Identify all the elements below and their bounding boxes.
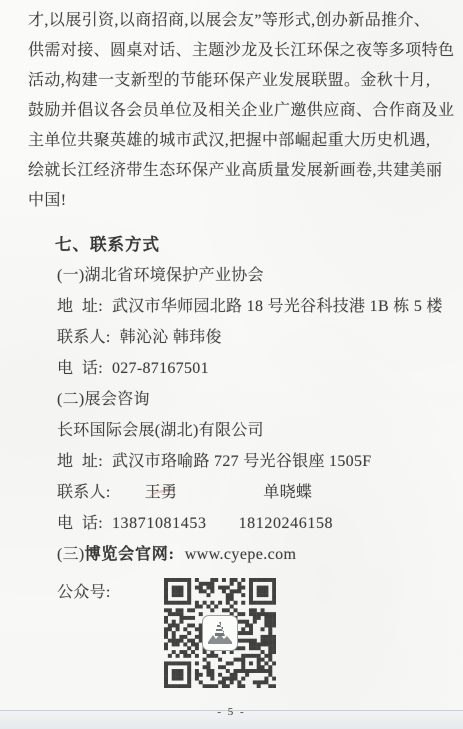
website-url: www.cyepe.com [185,546,297,563]
wechat-account-row: 公众号: [0,577,463,688]
intro-line-4: 鼓励并倡议各会员单位及相关企业广邀供应商、合作商及业 [0,96,463,126]
website-row: (三)博览会官网:www.cyepe.com [0,539,463,570]
wechat-qr-code [164,578,276,688]
phone-label: 电 话: [57,360,103,377]
page-number: - 5 - [0,706,463,718]
org2-phone2: 18120246158 [239,515,334,532]
section-heading-contact-info: 七、联系方式 [0,229,463,260]
org2-address-value: 武汉市珞喻路 727 号光谷银座 1505F [112,453,372,470]
org1-address-value: 武汉市华师园北路 18 号光谷科技港 1B 栋 5 楼 [112,298,443,315]
tower-landscape-icon [206,619,234,647]
intro-line-5: 主单位共聚英雄的城市武汉,把握中部崛起重大历史机遇, [0,126,463,156]
website-prefix: (三) [57,546,85,563]
phone-label: 电 话: [57,515,103,532]
org1-contact-names: 韩沁沁 韩玮俊 [120,329,222,346]
address-label: 地 址: [57,453,103,470]
org2-heading: (二)展会咨询 [0,384,463,415]
org1-address-row: 地 址:武汉市华师园北路 18 号光谷科技港 1B 栋 5 楼 [0,291,463,322]
org1-phone-value: 027-87167501 [112,360,209,377]
qr-label: 公众号: [0,577,111,608]
scanned-document-page: 才,以展引资,以商招商,以展会友”等形式,创办新品推介、 供需对接、圆桌对话、主… [0,0,463,729]
contact-label: 联系人: [57,329,111,346]
org2-contact-row: 联系人:王勇单晓蝶 [0,477,463,508]
address-label: 地 址: [57,298,103,315]
org2-contact2: 单晓蝶 [263,484,312,501]
intro-line-3: 活动,构建一支新型的节能环保产业发展联盟。金秋十月, [0,66,463,96]
org2-address-row: 地 址:武汉市珞喻路 727 号光谷银座 1505F [0,446,463,477]
contact-label: 联系人: [57,484,111,501]
intro-line-7: 中国! [0,186,463,216]
intro-line-1: 才,以展引资,以商招商,以展会友”等形式,创办新品推介、 [0,6,463,36]
intro-line-6: 绘就长江经济带生态环保产业高质量发展新画卷,共建美丽 [0,156,463,186]
org2-company-name: 长环国际会展(湖北)有限公司 [0,415,463,446]
website-label: 博览会官网: [85,546,175,563]
intro-line-2: 供需对接、圆桌对话、主题沙龙及长江环保之夜等多项特色 [0,36,463,66]
qr-center-logo [202,615,238,651]
intro-paragraph: 才,以展引资,以商招商,以展会友”等形式,创办新品推介、 供需对接、圆桌对话、主… [0,0,463,216]
org2-phone1: 13871081453 [112,515,207,532]
org2-phone-row: 电 话:1387108145318120246158 [0,508,463,539]
org1-contact-row: 联系人:韩沁沁 韩玮俊 [0,322,463,353]
org1-heading: (一)湖北省环境保护产业协会 [0,260,463,291]
org1-phone-row: 电 话:027-87167501 [0,353,463,384]
